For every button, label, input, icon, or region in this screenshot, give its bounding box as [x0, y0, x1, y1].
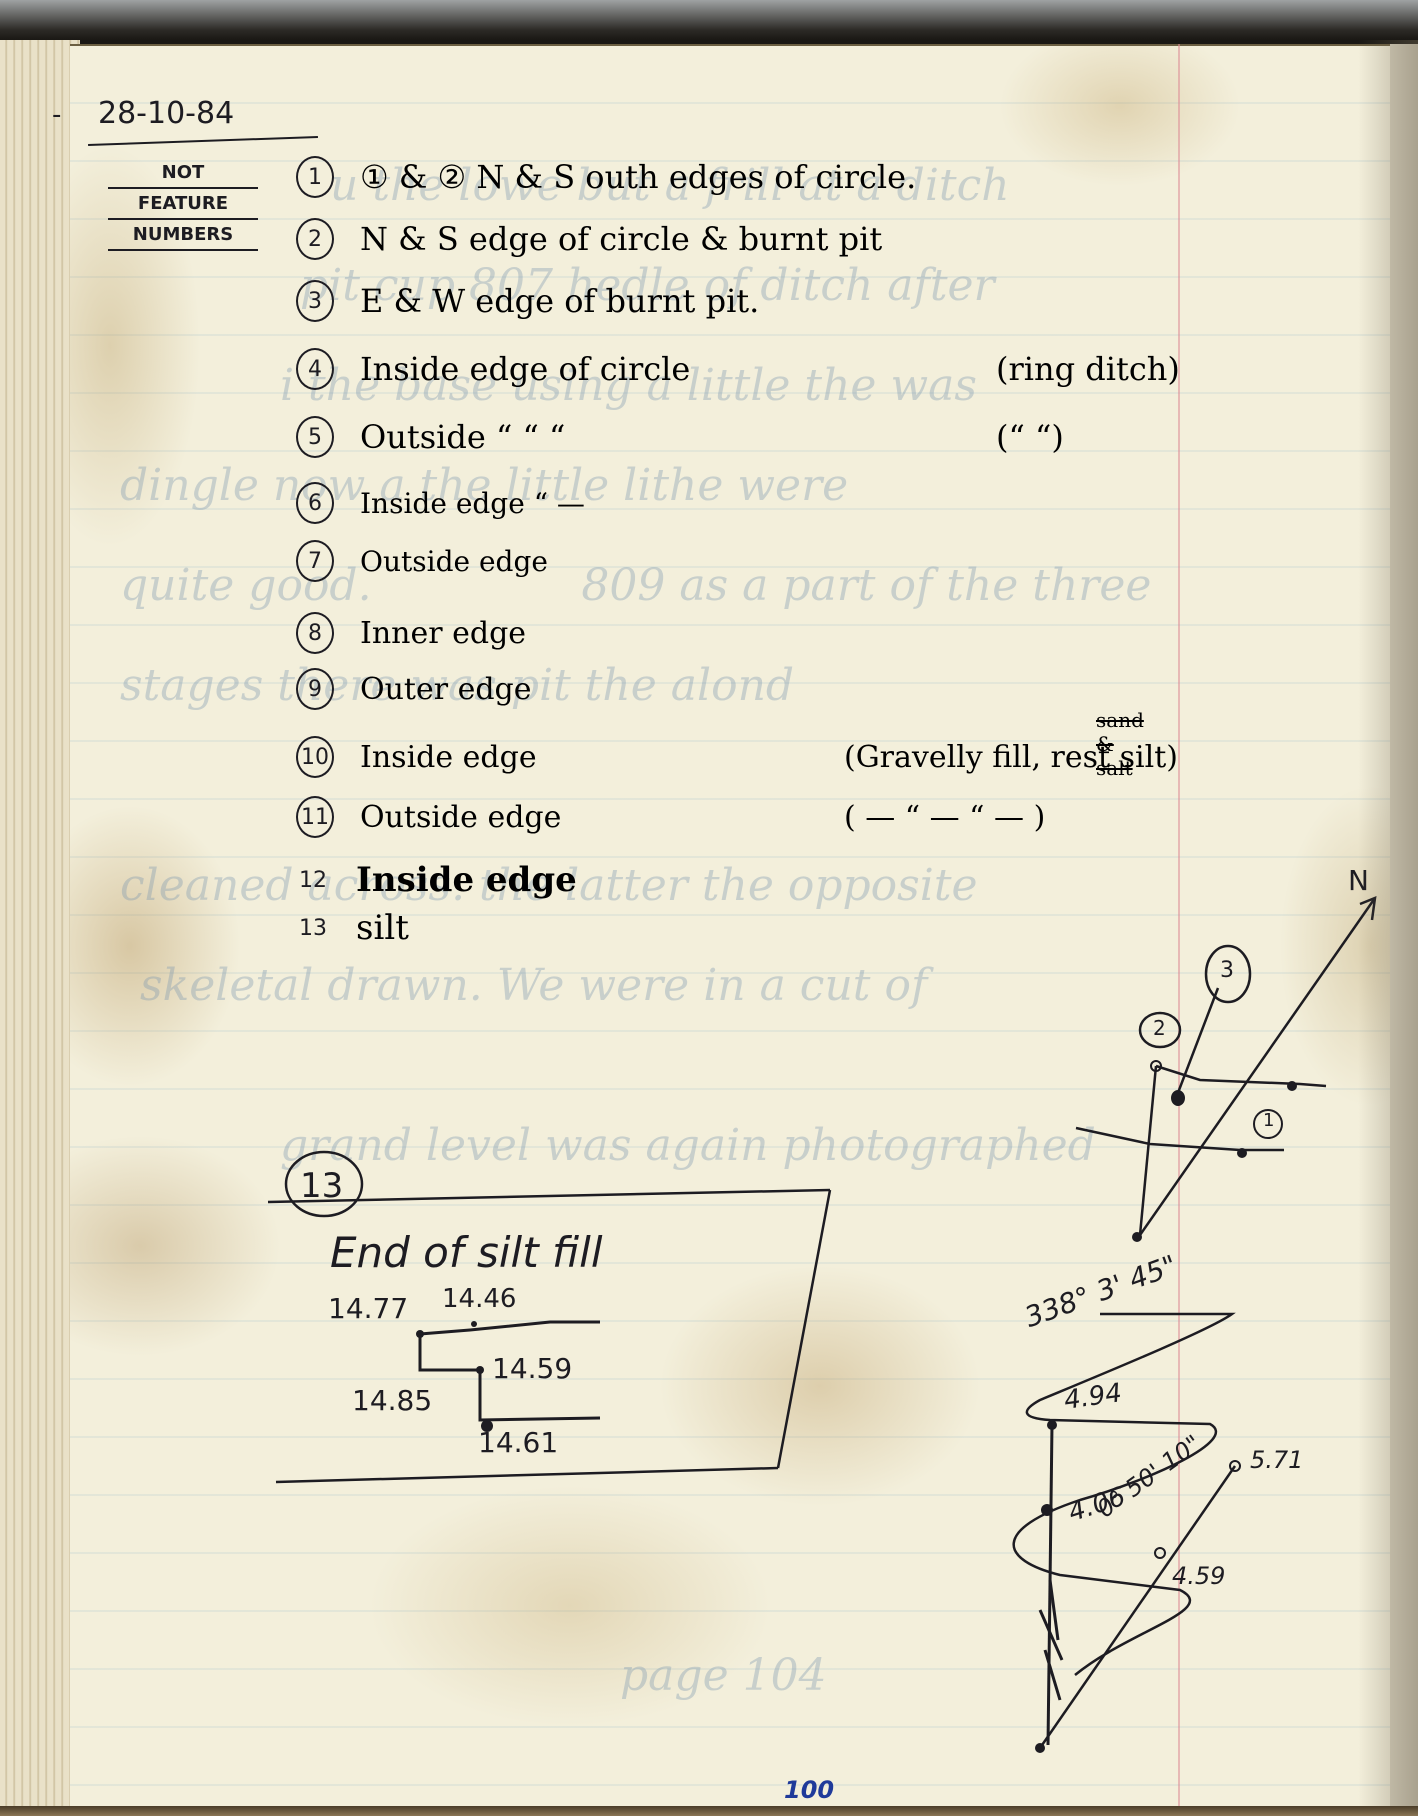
- level-value: 5.71: [1250, 1446, 1303, 1474]
- sketch-survey-readings: [0, 0, 1418, 1816]
- binding-shadow: [1358, 40, 1418, 1816]
- page-bottom-edge: [0, 1806, 1418, 1816]
- page-number: 100: [784, 1776, 834, 1804]
- level-value: 4.59: [1172, 1562, 1225, 1590]
